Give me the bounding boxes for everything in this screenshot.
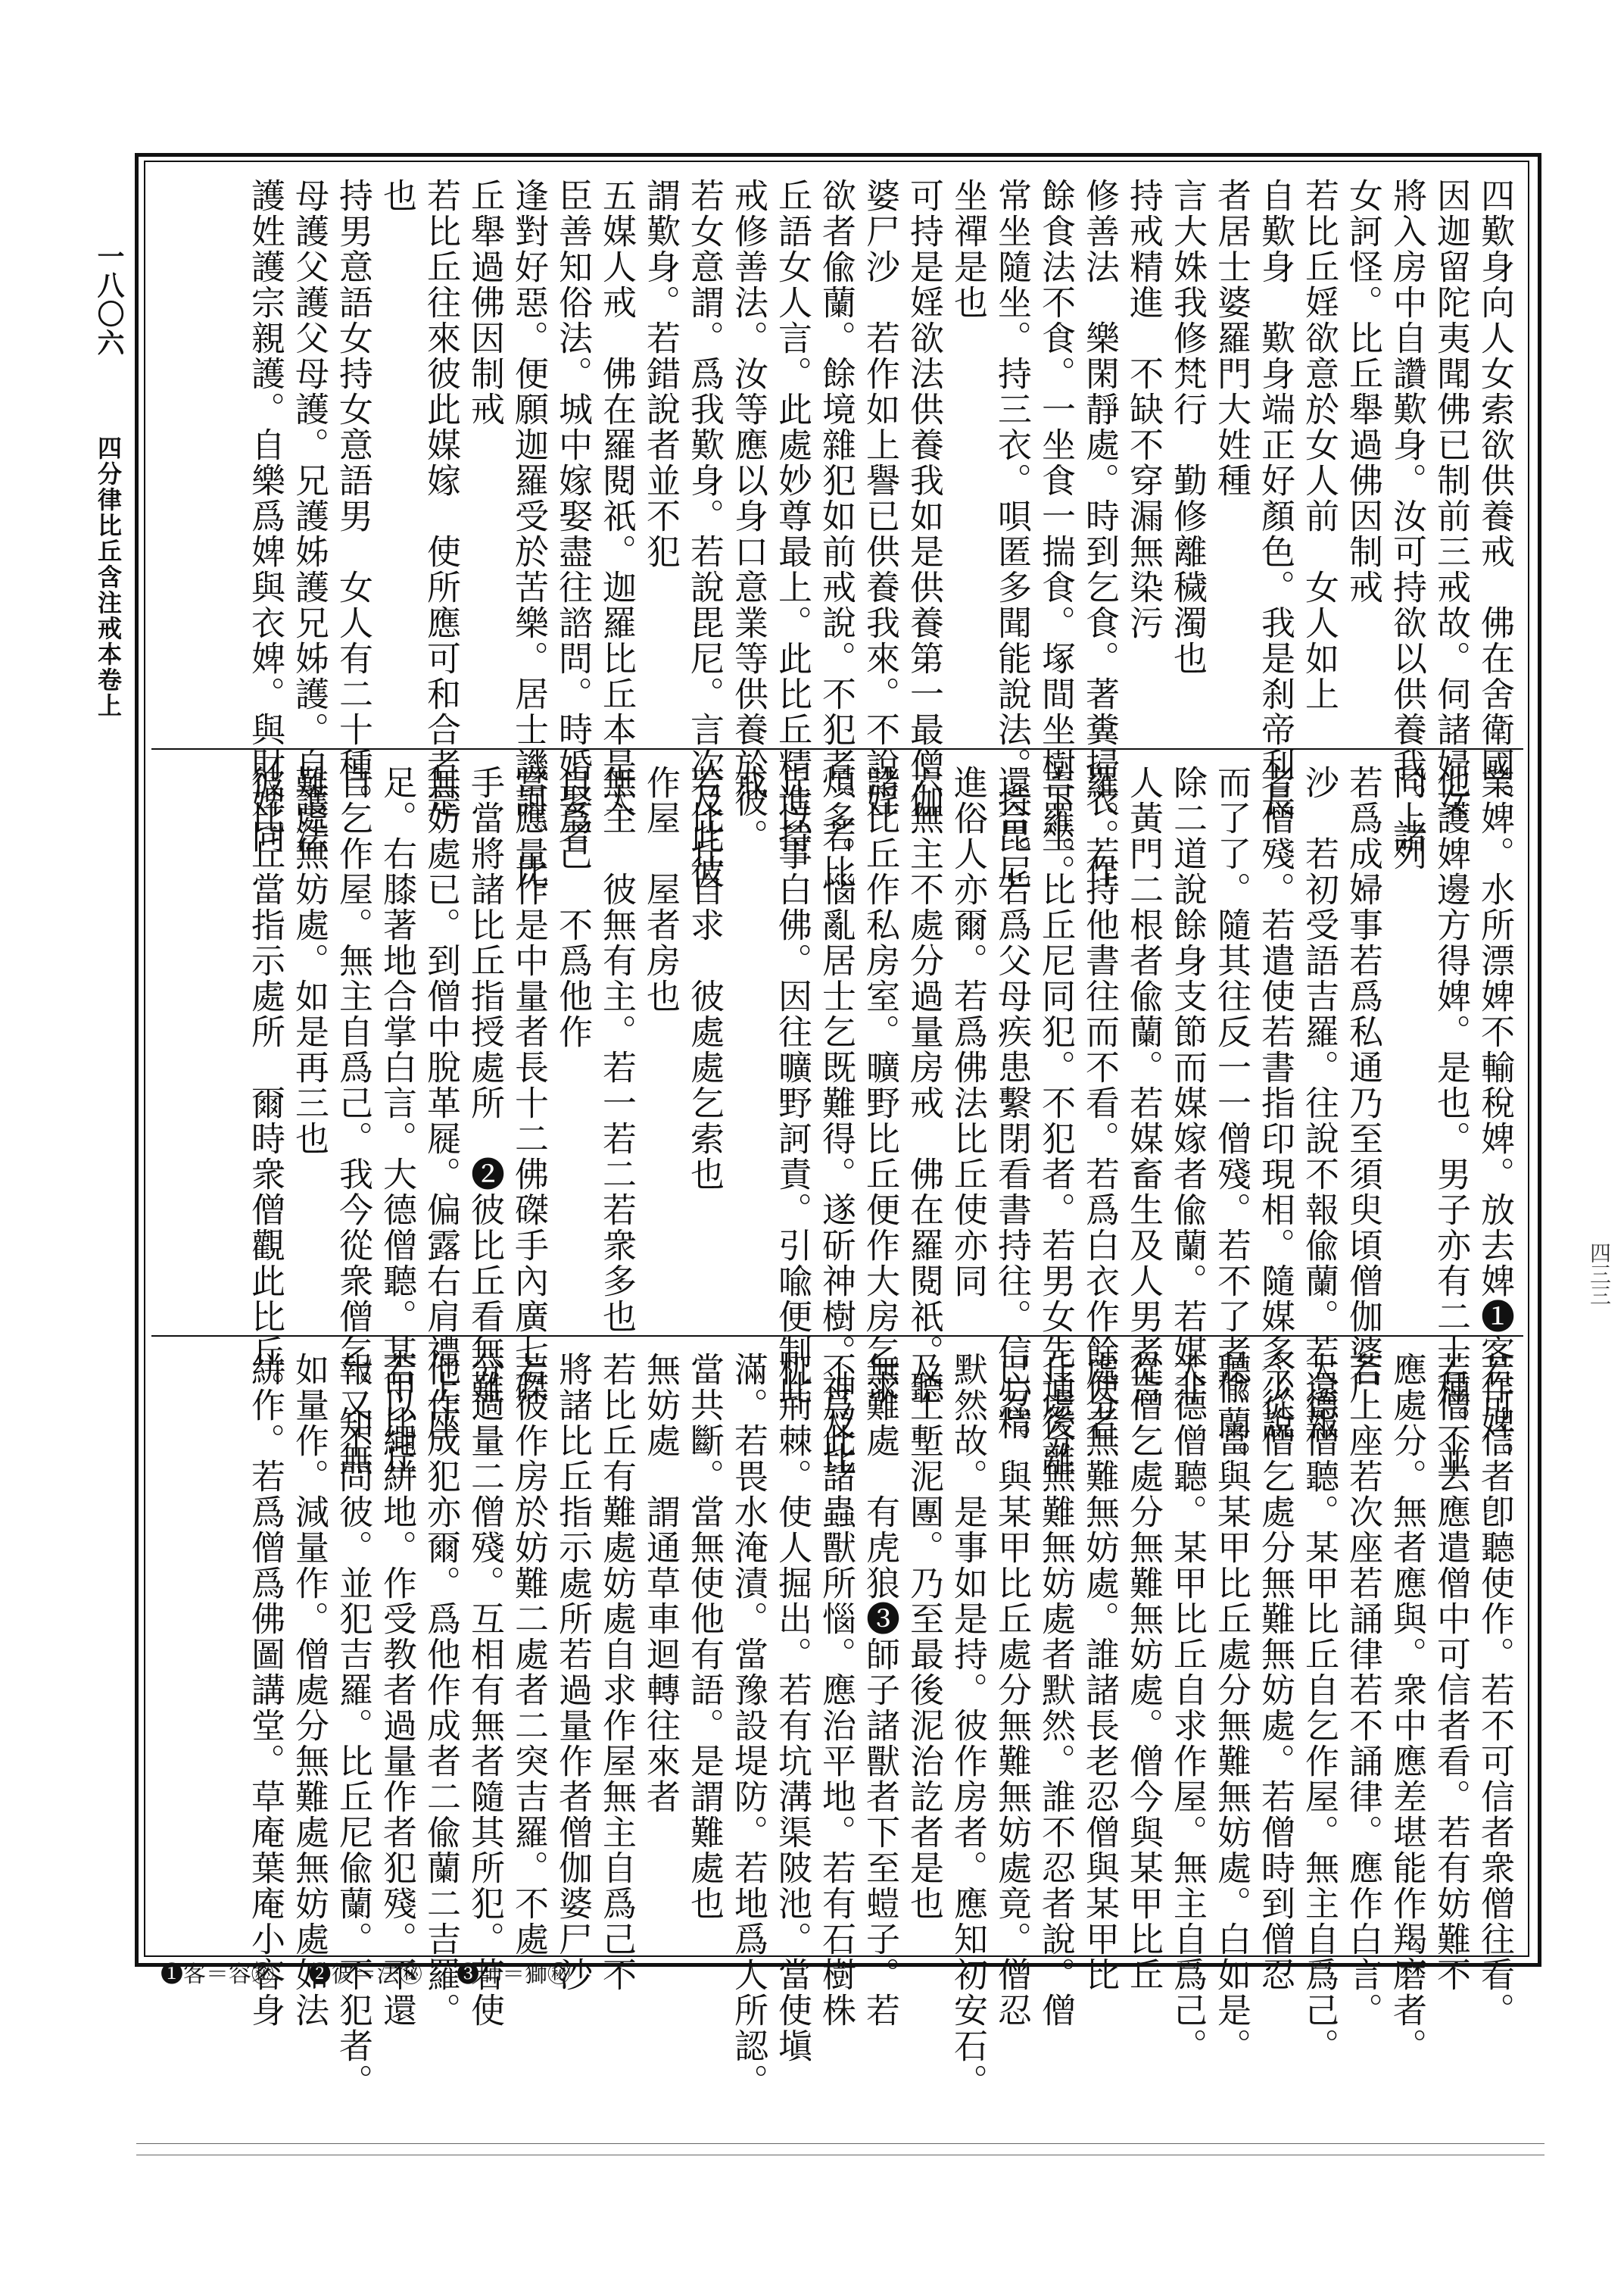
text-column: 沙 若初受語吉羅。往說不報偸蘭。若還報: [1298, 757, 1340, 1335]
text-column: 當共斷。當無使他有語。是謂難處也: [683, 1344, 725, 1946]
text-column: 吉羅。比丘尼同犯。不犯者。若男女先通後離: [1034, 757, 1077, 1335]
text-column: 常坐隨坐。持三衣。唄匿多聞能說法。持毘尼: [990, 170, 1033, 748]
register-top: 四歎身向人女索欲供養戒 佛在舍衛國。因迦留陀夷聞佛已制前三戒故。伺諸婦女將入房中…: [151, 170, 1523, 750]
text-column: 臣善知俗法。城中嫁娶盡往諮問。時婚娶者: [551, 170, 594, 748]
text-column: 不爲此諸蟲獸所惱。應治平地。若有石樹株: [815, 1344, 857, 1946]
text-column: 持男意語女持女意語男 女人有二十種。: [332, 170, 374, 748]
text-column: 大德僧聽。某甲比丘自求作屋。無主自爲己。: [1166, 1344, 1208, 1946]
text-column: 已忍。與某甲比丘處分無難無妨處竟。僧忍: [990, 1344, 1033, 1946]
text-column: 進俗人亦爾。若爲佛法比丘使亦同: [946, 757, 989, 1335]
text-column: 女訶怪。比丘舉過佛因制戒: [1342, 170, 1384, 748]
text-column: 彼比丘當指示處所 爾時衆僧觀此比丘。: [244, 757, 286, 1335]
text-column: 自爲己 不爲他作: [551, 757, 594, 1335]
text-column: 若僧不去應遣僧中可信者看。若有妨難不: [1429, 1344, 1472, 1946]
text-column: 戒修善法。汝等應以身口意業等供養於彼。: [727, 170, 769, 748]
footnote-3: ❸師＝獅㊙: [457, 1961, 570, 1988]
text-column: 諸比丘作私房室。曠野比丘便作大房乞求: [859, 757, 901, 1335]
text-column: 若比丘往來彼此媒嫁 使所應可和合者是: [419, 170, 462, 748]
text-column: 六無主不處分過量房戒 佛在羅閱祇。聽: [902, 757, 945, 1335]
text-column: 同上列: [1386, 757, 1428, 1335]
text-column: 大德僧聽。某甲比丘自乞作屋。無主自爲己。: [1298, 1344, 1340, 1946]
footnote-1: ❶客＝容㊙: [161, 1961, 274, 1988]
register-bottom: 若可信者卽聽使作。若不可信者衆僧往看。若僧不去應遣僧中可信者看。若有妨難不應處分…: [151, 1344, 1523, 1946]
text-column: 絣作。若爲僧爲佛圖講堂。草庵葉庵小容身: [244, 1344, 286, 1946]
text-column: 處分無難無妨處。誰諸長老忍僧與某甲比: [1078, 1344, 1121, 1946]
text-column: 若比丘有難處妨處自求作屋無主自爲己不: [595, 1344, 637, 1946]
text-column: 言大姝我修梵行 勤修離穢濁也: [1166, 170, 1208, 748]
text-column: 他護婢邊方得婢。是也。男子亦有二十種。並: [1429, 757, 1472, 1335]
text-column: 因迦留陀夷聞佛已制前三戒故。伺諸婦女: [1429, 170, 1472, 748]
text-column: 無主 彼無有主。若一若二若衆多也: [595, 757, 637, 1335]
text-column: 若女意謂。爲我歎身。若說毘尼。言次及此彼: [683, 170, 725, 748]
text-column: 若以繩絣地。作受教者過量作者犯殘。不還: [376, 1344, 418, 1946]
bottom-rule: [136, 2143, 1545, 2144]
text-column: 無難處 有虎狼❸師子諸獸者下至螘子。若: [859, 1344, 901, 1946]
text-column: 丘語女人言。此處妙尊最上。此比丘精進持: [771, 170, 813, 748]
text-column: 者居士婆羅門大姓種: [1210, 170, 1252, 748]
text-column: 難處無妨處。如是再三也: [288, 757, 330, 1335]
text-column: 若上座若次座若誦律若不誦律。應作白言。: [1342, 1344, 1384, 1946]
text-column: 修善法 樂閑靜處。時到乞食。著糞掃衣。作: [1078, 170, 1121, 748]
text-column: 分過量二僧殘。互相有無者隨其所犯。若使: [463, 1344, 506, 1946]
text-column: 謂歎身。若錯說者並不犯: [639, 170, 681, 748]
text-column: 自乞作屋。無主自爲己。我今從衆僧乞。知無: [332, 757, 374, 1335]
footnotes: ❶客＝容㊙ ❷彼＝法㊙ ❸師＝獅㊙: [161, 1955, 597, 1989]
text-column: 除二道說餘身支節而媒嫁者偸蘭。若媒非: [1166, 757, 1208, 1335]
text-column: 若比丘婬欲意於女人前 女人如上: [1298, 170, 1340, 748]
text-column: 手當將諸比丘指授處所 ❷彼比丘看無難: [463, 757, 506, 1335]
bottom-rule: [136, 2155, 1545, 2155]
text-column: 及土塹泥團。乃至最後泥治訖者是也: [902, 1344, 945, 1946]
text-column: 若爲成婦事若爲私通乃至須臾頃僧伽婆尸: [1342, 757, 1384, 1335]
text-column: 業婢。水所漂婢不輸稅婢。放去婢❶客作婢。: [1473, 757, 1516, 1335]
text-column: 無妨處已。到僧中脫革屣。偏露右肩禮上座: [419, 757, 462, 1335]
text-column: 丘以事白佛。因往曠野訶責。引喩便制此: [771, 757, 813, 1335]
text-column: 他作成犯亦爾。爲他作成者二偸蘭二吉羅。: [419, 1344, 462, 1946]
text-column: 自歎身 歎身端正好顏色。我是刹帝利長: [1254, 170, 1296, 748]
text-column: 聽。當與某甲比丘處分無難無妨處。白如是。: [1210, 1344, 1252, 1946]
text-column: 作屋 屋者房也: [639, 757, 681, 1335]
text-column: 坐禪是也: [946, 170, 989, 748]
text-column: 滿。若畏水淹漬。當豫設堤防。若地爲人所認。: [727, 1344, 769, 1946]
text-column: 丘舉過佛因制戒: [463, 170, 506, 748]
text-column: 默然故。是事如是持。彼作房者。應知初安石。: [946, 1344, 989, 1946]
text-column: 杌荊棘。使人掘出。若有坑溝渠陂池。當使塡: [771, 1344, 813, 1946]
text-column: 欲者偸蘭。餘境雜犯如前戒說。不犯者。若比: [815, 170, 857, 748]
text-column: 戒: [727, 757, 769, 1335]
text-column: 足。右膝著地合掌白言。大德僧聽。某甲比丘: [376, 757, 418, 1335]
text-column: 逢對好惡。便願迦羅受於苦樂。居士譏訶。比: [507, 170, 550, 748]
margin-header: 一八〇六 四分律比丘含注戒本卷上: [89, 242, 128, 719]
text-column: 持戒精進 不缺不穿漏無染污: [1122, 170, 1164, 748]
text-column: 如量作。減量作。僧處分無難處無妨處如法: [288, 1344, 330, 1946]
text-column: 當應量作是中量者長十二佛磔手內廣七磔: [507, 757, 550, 1335]
text-column: 可持是婬欲法供養我如是供養第一最僧伽: [902, 170, 945, 748]
register-middle: 業婢。水所漂婢不輸稅婢。放去婢❶客作婢。他護婢邊方得婢。是也。男子亦有二十種。並…: [151, 757, 1523, 1337]
text-column: 今從僧乞處分無難無妨處。若僧時到僧忍: [1254, 1344, 1296, 1946]
text-column: 羅。若持他書往而不看。若爲白衣作餘使者: [1078, 757, 1121, 1335]
running-title: 四分律比丘含注戒本卷上: [91, 435, 126, 719]
text-column: 將入房中自讚歎身。汝可持欲以供養我。諸: [1386, 170, 1428, 748]
text-column: 若可信者卽聽使作。若不可信者衆僧往看。: [1473, 1344, 1516, 1946]
text-column: 將諸比丘指示處所若過量作者僧伽婆尸沙: [551, 1344, 594, 1946]
text-column: 還合。若爲父母疾患繫閉看書持往。信心精: [990, 757, 1033, 1335]
text-column: 丘處分無難無妨處者默然。誰不忍者說。僧: [1034, 1344, 1077, 1946]
text-column: 報又不問彼。並犯吉羅。比丘尼偸蘭。不犯者。: [332, 1344, 374, 1946]
text-column: 護姓護宗親護。自樂爲婢與衣婢。與財婢同: [244, 170, 286, 748]
text-column: 婆尸沙 若作如上譽已供養我來。不說婬: [859, 170, 901, 748]
text-column: 應處分。無者應與。衆中應差堪能作羯磨者。: [1386, 1344, 1428, 1946]
text-column: 從僧乞處分無難無妨處。僧今與某甲比丘: [1122, 1344, 1164, 1946]
text-column: 而了了。隨其往反一一僧殘。若不了者偸蘭。: [1210, 757, 1252, 1335]
side-page-marker: 四三三: [1584, 1242, 1614, 1306]
text-column: 四歎身向人女索欲供養戒 佛在舍衛國。: [1473, 170, 1516, 748]
text-column: 母護父護父母護。兄護姊護兄姊護。自護法: [288, 170, 330, 748]
text-column: 也: [376, 170, 418, 748]
text-column: 無妨處 謂通草車迴轉往來者: [639, 1344, 681, 1946]
footnote-2: ❷彼＝法㊙: [309, 1961, 422, 1988]
text-column: 若彼作房於妨難二處者二突吉羅。不處: [507, 1344, 550, 1946]
page-number: 一八〇六: [93, 242, 124, 357]
text-column: 人黃門二根者偸蘭。若媒畜生及人男者吉: [1122, 757, 1164, 1335]
text-column: 五媒人戒 佛在羅閱祇。迦羅比丘本是大: [595, 170, 637, 748]
text-column: 煩多。惱亂居士乞既難得。遂斫神樹。神及比: [815, 757, 857, 1335]
text-column: 餘食法不食。一坐食一揣食。塚間坐樹下坐。: [1034, 170, 1077, 748]
text-column: 者僧殘。若遣使若書指印現相。隨媒多少說: [1254, 757, 1296, 1335]
text-column: 若比丘自求 彼處處乞索也: [683, 757, 725, 1335]
